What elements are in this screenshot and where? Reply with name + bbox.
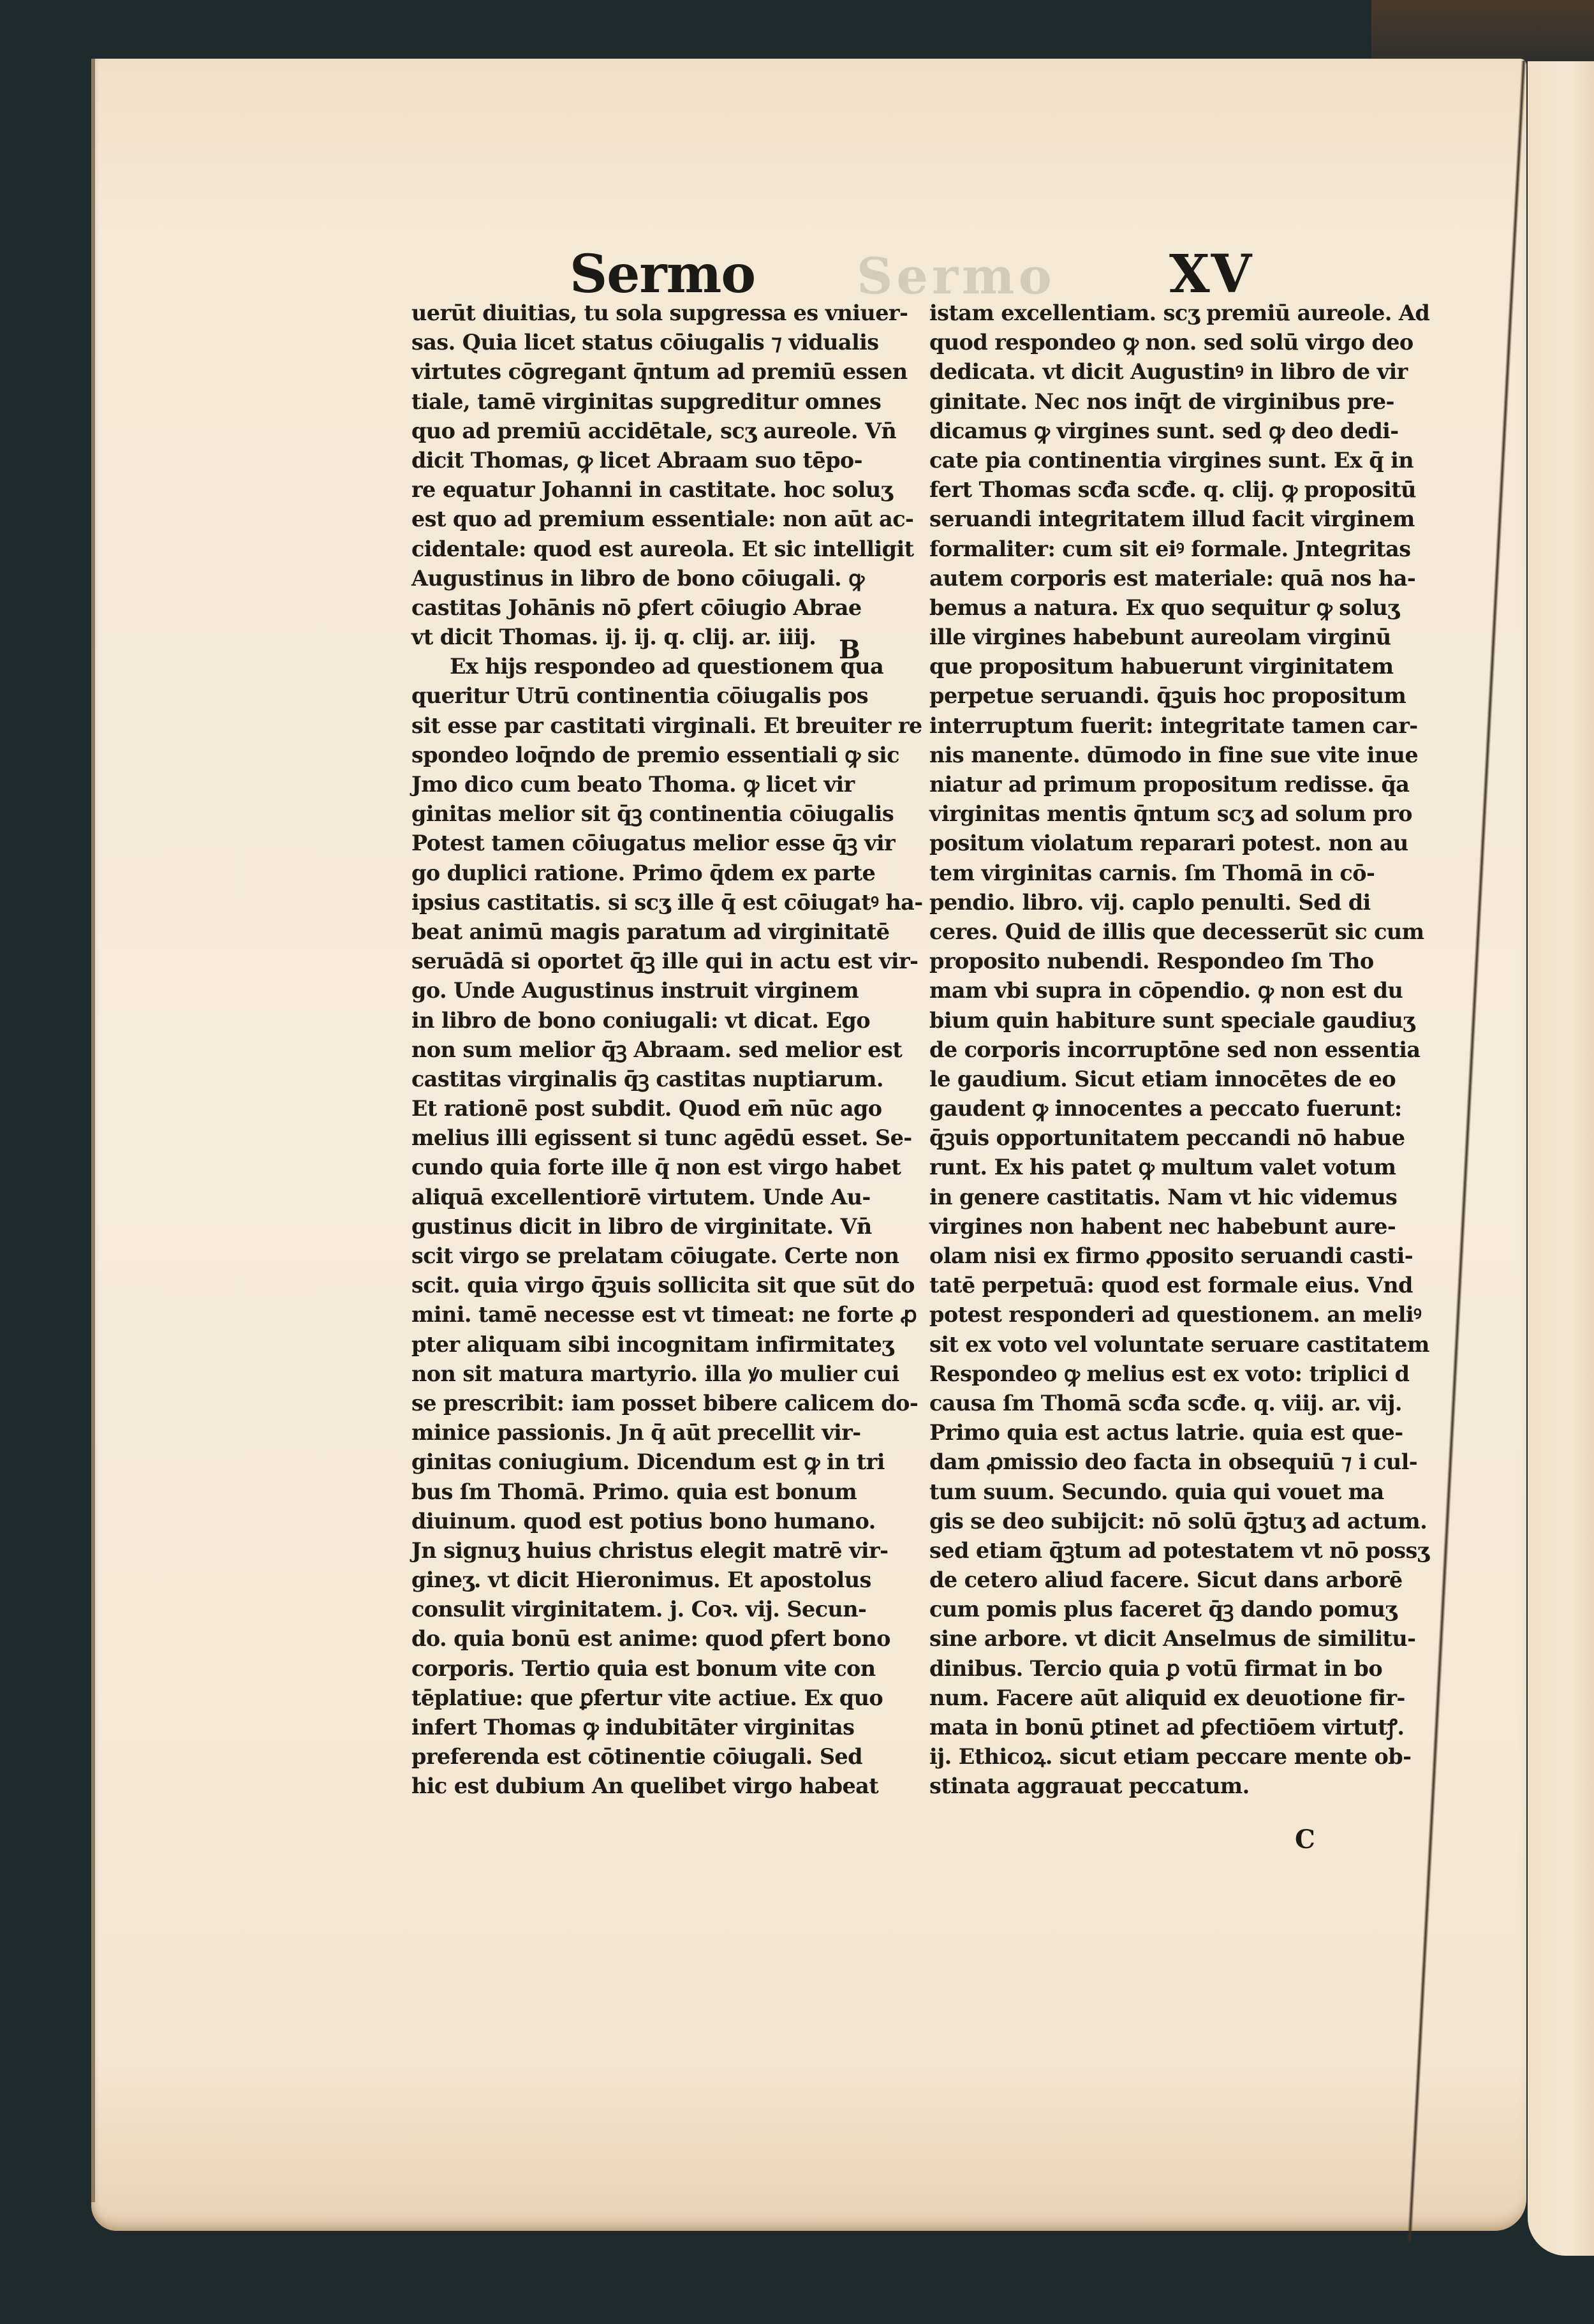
folio-number: XV <box>1169 244 1253 305</box>
text-line: perpetue seruandi. q̄ꝫuis hoc propositum <box>929 681 1401 711</box>
text-line: cundo quia forte ille q̄ non est virgo h… <box>411 1153 896 1182</box>
text-line: gustinus dicit in libro de virginitate. … <box>411 1212 896 1241</box>
text-line: proposito nubendi. Respondeo ſm Tho <box>929 947 1401 976</box>
text-line: tēplatiue: que ꝑfertur vite actiue. Ex q… <box>411 1684 896 1713</box>
text-line: mata in bonū ꝑtinet ad ꝑfectiōem virtutꝭ… <box>929 1713 1401 1742</box>
text-line: sas. Quia licet status cōiugalis ⁊ vidua… <box>411 328 896 357</box>
text-line: dam ꝓmissio deo facta in obsequiū ⁊ i cu… <box>929 1447 1401 1477</box>
text-line: gis se deo subijcit: nō solū q̄ꝫtuʒ ad a… <box>929 1507 1401 1536</box>
text-line: ille virgines habebunt aureolam virginū <box>929 623 1401 652</box>
text-line: interruptum fuerit: integritate tamen ca… <box>929 711 1401 741</box>
text-line: non sit matura martyrio. illa ꝟo mulier … <box>411 1359 896 1389</box>
signature-mark-b: B <box>839 635 860 665</box>
text-line: in libro de bono coniugali: vt dicat. Eg… <box>411 1006 896 1035</box>
text-line: bus ſm Thomā. Primo. quia est bonum <box>411 1477 896 1507</box>
text-line: go. Unde Augustinus instruit virginem <box>411 976 896 1005</box>
text-column-left: uerūt diuitias, tu sola supgressa es vni… <box>411 299 896 1802</box>
text-line: go duplici ratione. Primo q̄dem ex parte <box>411 859 896 888</box>
text-line: ij. Ethicoꝝ. sicut etiam peccare mente o… <box>929 1742 1401 1772</box>
text-line: Augustinus in libro de bono cōiugali. ꝙ <box>411 564 896 593</box>
text-column-right: istam excellentiam. scʒ premiū aureole. … <box>929 299 1401 1802</box>
text-line: melius illi egissent si tunc agēdū esset… <box>411 1123 896 1153</box>
text-line: tiale, tamē virginitas supgreditur omnes <box>411 387 896 417</box>
text-line: istam excellentiam. scʒ premiū aureole. … <box>929 299 1401 328</box>
text-line: stinata aggrauat peccatum. <box>929 1772 1401 1801</box>
text-line: gineʒ. vt dicit Hieronimus. Et apostolus <box>411 1565 896 1595</box>
text-line: Respondeo ꝙ melius est ex voto: triplici… <box>929 1359 1401 1389</box>
text-line: pendio. libro. vij. caplo penulti. Sed d… <box>929 888 1401 917</box>
text-line: spondeo loq̄ndo de premio essentiali ꝙ s… <box>411 741 896 770</box>
text-line: cum pomis plus faceret q̄ꝫ dando pomuʒ <box>929 1595 1401 1624</box>
text-line: sit ex voto vel voluntate seruare castit… <box>929 1330 1401 1359</box>
text-line: scit. quia virgo q̄ꝫuis sollicita sit qu… <box>411 1271 896 1300</box>
text-line: minice passionis. Jn q̄ aūt precellit vi… <box>411 1418 896 1447</box>
text-line: tum suum. Secundo. quia qui vouet ma <box>929 1477 1401 1507</box>
text-line: queritur Utrū continentia cōiugalis pos <box>411 681 896 711</box>
text-line: q̄ꝫuis opportunitatem peccandi nō habue <box>929 1123 1401 1153</box>
text-line: Potest tamen cōiugatus melior esse q̄ꝫ v… <box>411 829 896 858</box>
text-line: quo ad premiū accidētale, scʒ aureole. V… <box>411 417 896 446</box>
text-line: ginitas coniugium. Dicendum est ꝙ in tri <box>411 1447 896 1477</box>
text-line: scit virgo se prelatam cōiugate. Certe n… <box>411 1241 896 1271</box>
text-line: dinibus. Tercio quia ꝑ votū firmat in bo <box>929 1654 1401 1684</box>
show-through-text: Sermo <box>857 248 1056 306</box>
text-line: olam nisi ex firmo ꝓposito seruandi cast… <box>929 1241 1401 1271</box>
text-line: num. Facere aūt aliquid ex deuotione fir… <box>929 1684 1401 1713</box>
text-line: que propositum habuerunt virginitatem <box>929 652 1401 681</box>
text-line: pter aliquam sibi incognitam infirmitate… <box>411 1330 896 1359</box>
text-line: se prescribit: iam posset bibere calicem… <box>411 1389 896 1418</box>
text-line: Jn signuʒ huius christus elegit matrē vi… <box>411 1536 896 1565</box>
text-line: Et rationē post subdit. Quod em̄ nūc ago <box>411 1094 896 1123</box>
text-line: tem virginitas carnis. ſm Thomā in cō- <box>929 859 1401 888</box>
text-line: corporis. Tertio quia est bonum vite con <box>411 1654 896 1684</box>
text-line: virgines non habent nec habebunt aure- <box>929 1212 1401 1241</box>
signature-mark-c: C <box>1295 1824 1315 1854</box>
text-line: cidentale: quod est aureola. Et sic inte… <box>411 535 896 564</box>
text-line: tatē perpetuā: quod est formale eius. Vn… <box>929 1271 1401 1300</box>
text-line: Primo quia est actus latrie. quia est qu… <box>929 1418 1401 1447</box>
text-line: est quo ad premium essentiale: non aūt a… <box>411 505 896 534</box>
text-line: ipsius castitatis. si scʒ ille q̄ est cō… <box>411 888 896 917</box>
text-line: mam vbi supra in cōpendio. ꝙ non est du <box>929 976 1401 1005</box>
text-line: dedicata. vt dicit Augustinꝰ in libro de… <box>929 357 1401 387</box>
text-line: vt dicit Thomas. ij. ij. q. clij. ar. ii… <box>411 623 896 652</box>
text-line: bium quin habiture sunt speciale gaudiuʒ <box>929 1006 1401 1035</box>
text-line: formaliter: cum sit eiꝰ formale. Jntegri… <box>929 535 1401 564</box>
text-line: niatur ad primum propositum redisse. q̄a <box>929 770 1401 799</box>
text-line: uerūt diuitias, tu sola supgressa es vni… <box>411 299 896 328</box>
running-title: Sermo <box>570 244 755 305</box>
text-line: bemus a natura. Ex quo sequitur ꝙ soluʒ <box>929 593 1401 623</box>
text-line: Jmo dico cum beato Thoma. ꝙ licet vir <box>411 770 896 799</box>
text-line: aliquā excellentiorē virtutem. Unde Au- <box>411 1183 896 1212</box>
text-line: infert Thomas ꝙ indubitāter virginitas <box>411 1713 896 1742</box>
text-line: nis manente. dūmodo in fine sue vite inu… <box>929 741 1401 770</box>
text-line: dicamus ꝙ virgines sunt. sed ꝙ deo dedi- <box>929 417 1401 446</box>
text-line: seruandi integritatem illud facit virgin… <box>929 505 1401 534</box>
text-line: beat animū magis paratum ad virginitatē <box>411 917 896 947</box>
text-line: seruādā si oportet q̄ꝫ ille qui in actu … <box>411 947 896 976</box>
text-line: non sum melior q̄ꝫ Abraam. sed melior es… <box>411 1035 896 1065</box>
text-line: diuinum. quod est potius bono humano. <box>411 1507 896 1536</box>
text-line: sed etiam q̄ꝫtum ad potestatem vt nō pos… <box>929 1536 1401 1565</box>
text-line: potest responderi ad questionem. an meli… <box>929 1300 1401 1329</box>
text-line: quod respondeo ꝙ non. sed solū virgo deo <box>929 328 1401 357</box>
text-line: preferenda est cōtinentie cōiugali. Sed <box>411 1742 896 1772</box>
text-line: mini. tamē necesse est vt timeat: ne for… <box>411 1300 896 1329</box>
text-line: sit esse par castitati virginali. Et bre… <box>411 711 896 741</box>
text-line: dicit Thomas, ꝙ licet Abraam suo tēpo- <box>411 446 896 475</box>
text-line: gaudent ꝙ innocentes a peccato fuerunt: <box>929 1094 1401 1123</box>
facing-page-edge <box>1528 61 1594 2256</box>
text-line: ginitate. Nec nos inq̄t de virginibus pr… <box>929 387 1401 417</box>
text-line: sine arbore. vt dicit Anselmus de simili… <box>929 1624 1401 1654</box>
text-line: castitas virginalis q̄ꝫ castitas nuptiar… <box>411 1065 896 1094</box>
text-line: do. quia bonū est anime: quod ꝑfert bono <box>411 1624 896 1654</box>
text-line: ceres. Quid de illis que decesserūt sic … <box>929 917 1401 947</box>
text-line: consulit virginitatem. j. Coꝛ. vij. Secu… <box>411 1595 896 1624</box>
text-line: autem corporis est materiale: quā nos ha… <box>929 564 1401 593</box>
text-line: castitas Johānis nō ꝑfert cōiugio Abrae <box>411 593 896 623</box>
text-line: runt. Ex his patet ꝙ multum valet votum <box>929 1153 1401 1182</box>
text-line: positum violatum reparari potest. non au <box>929 829 1401 858</box>
text-line: in genere castitatis. Nam vt hic videmus <box>929 1183 1401 1212</box>
text-line: cate pia continentia virgines sunt. Ex q… <box>929 446 1401 475</box>
text-line: Ex hijs respondeo ad questionem qua <box>411 652 896 681</box>
text-line: hic est dubium An quelibet virgo habeat <box>411 1772 896 1801</box>
text-line: re equatur Johanni in castitate. hoc sol… <box>411 475 896 505</box>
text-line: de corporis incorruptōne sed non essenti… <box>929 1035 1401 1065</box>
text-line: le gaudium. Sicut etiam innocētes de eo <box>929 1065 1401 1094</box>
text-line: virginitas mentis q̄ntum scʒ ad solum pr… <box>929 799 1401 829</box>
page-left-edge <box>91 59 95 2202</box>
text-line: virtutes cōgregant q̄ntum ad premiū esse… <box>411 357 896 387</box>
text-line: ginitas melior sit q̄ꝫ continentia cōiug… <box>411 799 896 829</box>
text-line: fert Thomas scđa scđe. q. clij. ꝙ propos… <box>929 475 1401 505</box>
text-line: causa ſm Thomā scđa scđe. q. viij. ar. v… <box>929 1389 1401 1418</box>
text-line: de cetero aliud facere. Sicut dans arbor… <box>929 1565 1401 1595</box>
